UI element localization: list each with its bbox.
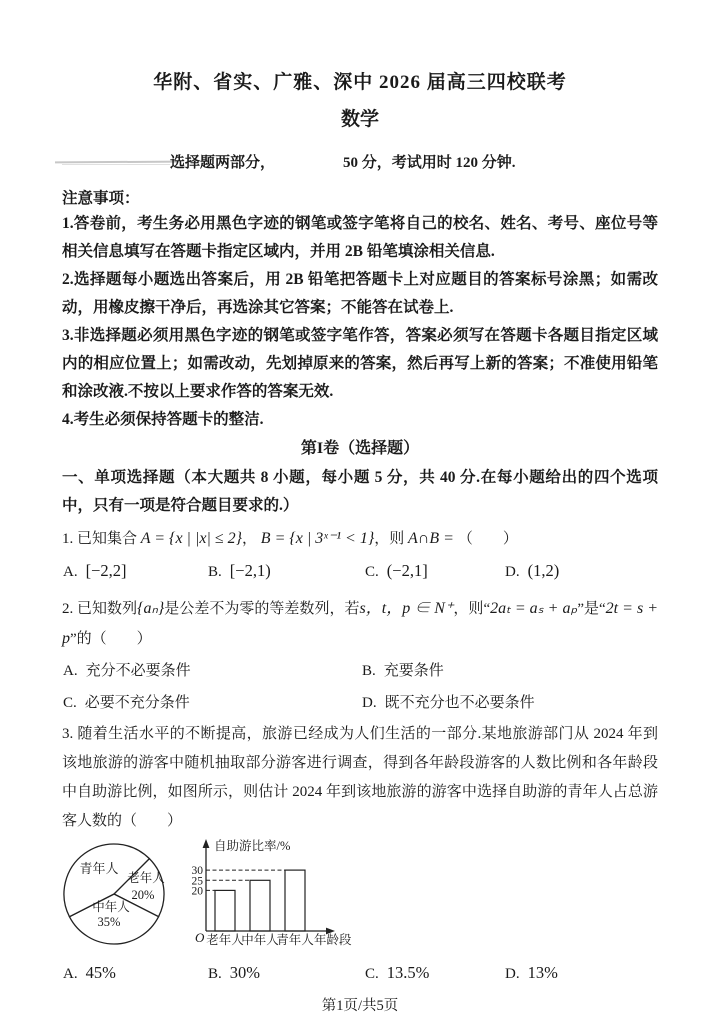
stem-math: A = {x | |x| ≤ 2} [141, 530, 242, 547]
stem-text: ”是“ [577, 601, 605, 617]
category-label: 老年人 [206, 932, 244, 947]
question-2-stem: 2. 已知数列{aₙ}是公差不为零的等差数列，若s，t，p ∈ N⁺，则“2aₜ… [62, 594, 658, 654]
stem-text: ”的（ ） [70, 631, 152, 647]
category-label: 青年人 [276, 932, 314, 947]
option-3a: A.45% [63, 958, 116, 989]
bar-bars: 20老年人25中年人30青年人 [192, 865, 314, 947]
pie-percent-middle: 35% [98, 915, 121, 929]
question-1-stem: 1. 已知集合 A = {x | |x| ≤ 2}， B = {x | 3ˣ⁻¹… [62, 524, 658, 554]
option-2a: A.充分不必要条件 [63, 656, 191, 686]
stem-text: 1. 已知集合 [62, 531, 141, 547]
erased-text-smudge [55, 160, 177, 168]
exam-info-line: 选择题两部分， 50 分，考试用时 120 分钟. [62, 148, 658, 178]
stem-math: B = {x | 3ˣ⁻¹ < 1} [261, 530, 374, 547]
exam-info-part1: 选择题两部分， [170, 148, 275, 178]
pie-label-middle: 中年人 [92, 899, 130, 914]
option-2c: C.必要不充分条件 [63, 688, 190, 718]
pie-label-youth: 青年人 [79, 861, 118, 876]
pie-chart: 青年人 老年人 20% 中年人 35% [62, 838, 174, 954]
y-axis-arrow-icon [203, 839, 210, 848]
stem-text: ，则“ [453, 601, 490, 617]
option-1a: A.[−2,2] [63, 556, 127, 587]
bar-x-axis-label: 年龄段 [314, 932, 352, 947]
option-1b: B.[−2,1) [208, 556, 271, 587]
question-2-options-row-2: C.必要不充分条件 D.既不充分也不必要条件 [62, 688, 658, 718]
question-3-options: A.45% B.30% C.13.5% D.13% [62, 958, 658, 988]
question-3-stem: 3. 随着生活水平的不断提高，旅游已经成为人们生活的一部分.某地旅游部门从 20… [62, 720, 658, 836]
option-3d: D.13% [505, 958, 558, 989]
stem-text: 是公差不为零的等差数列，若 [164, 601, 359, 617]
stem-text: （ ） [458, 531, 518, 547]
stem-text: ，则 [374, 531, 408, 547]
stem-math: 2aₜ = aₛ + aₚ [490, 600, 577, 617]
y-tick-label: 30 [192, 865, 203, 877]
option-1d: D.(1,2) [505, 556, 559, 587]
category-label: 中年人 [241, 932, 279, 947]
option-3c: C.13.5% [365, 958, 429, 989]
section-intro: 一、单项选择题（本大题共 8 小题，每小题 5 分，共 40 分.在每小题给出的… [62, 464, 658, 520]
bar-rect [250, 880, 270, 931]
notice-item-1: 1.答卷前，考生务必用黑色字迹的钢笔或签字笔将自己的校名、姓名、考号、座位号等相… [62, 210, 658, 266]
option-2d: D.既不充分也不必要条件 [362, 688, 535, 718]
bar-rect [215, 890, 235, 931]
stem-math: A∩B = [408, 530, 458, 547]
notices-heading: 注意事项： [62, 188, 658, 210]
question-2-options-row-1: A.充分不必要条件 B.充要条件 [62, 656, 658, 686]
exam-page: 华附、省实、广雅、深中 2026 届高三四校联考 数学 选择题两部分， 50 分… [0, 0, 720, 1018]
stem-text: 2. 已知数列 [62, 601, 137, 617]
subject-title: 数学 [62, 107, 658, 132]
bar-y-axis-label: 自助游比率/% [214, 838, 290, 853]
pie-label-elderly: 老年人 [127, 870, 165, 885]
notice-item-3: 3.非选择题必须用黑色字迹的钢笔或签字笔作答，答案必须写在答题卡各题目指定区域内… [62, 322, 658, 406]
option-3b: B.30% [208, 958, 260, 989]
bar-chart: 20老年人25中年人30青年人 自助游比率/% O 年龄段 [192, 836, 407, 954]
option-2b: B.充要条件 [362, 656, 444, 686]
stem-math: s，t，p ∈ N⁺ [360, 600, 454, 617]
pie-percent-elderly: 20% [132, 888, 155, 902]
origin-label: O [195, 930, 205, 945]
notice-item-2: 2.选择题每小题选出答案后，用 2B 铅笔把答题卡上对应题目的答案标号涂黑；如需… [62, 266, 658, 322]
exam-info-part2: 50 分，考试用时 120 分钟. [343, 148, 516, 178]
question-1-options: A.[−2,2] B.[−2,1) C.(−2,1] D.(1,2) [62, 556, 658, 586]
question-3-figure: 青年人 老年人 20% 中年人 35% 20老年人25中年人30青年人 自助游比… [62, 836, 658, 956]
notice-item-4: 4.考生必须保持答题卡的整洁. [62, 406, 658, 434]
bar-rect [285, 870, 305, 931]
option-1c: C.(−2,1] [365, 556, 428, 587]
section-heading: 第I卷（选择题） [62, 436, 658, 462]
stem-text: ， [242, 531, 261, 547]
page-number: 第1页/共5页 [62, 996, 658, 1016]
stem-math: {aₙ} [137, 600, 164, 617]
page-title: 华附、省实、广雅、深中 2026 届高三四校联考 [62, 70, 658, 95]
